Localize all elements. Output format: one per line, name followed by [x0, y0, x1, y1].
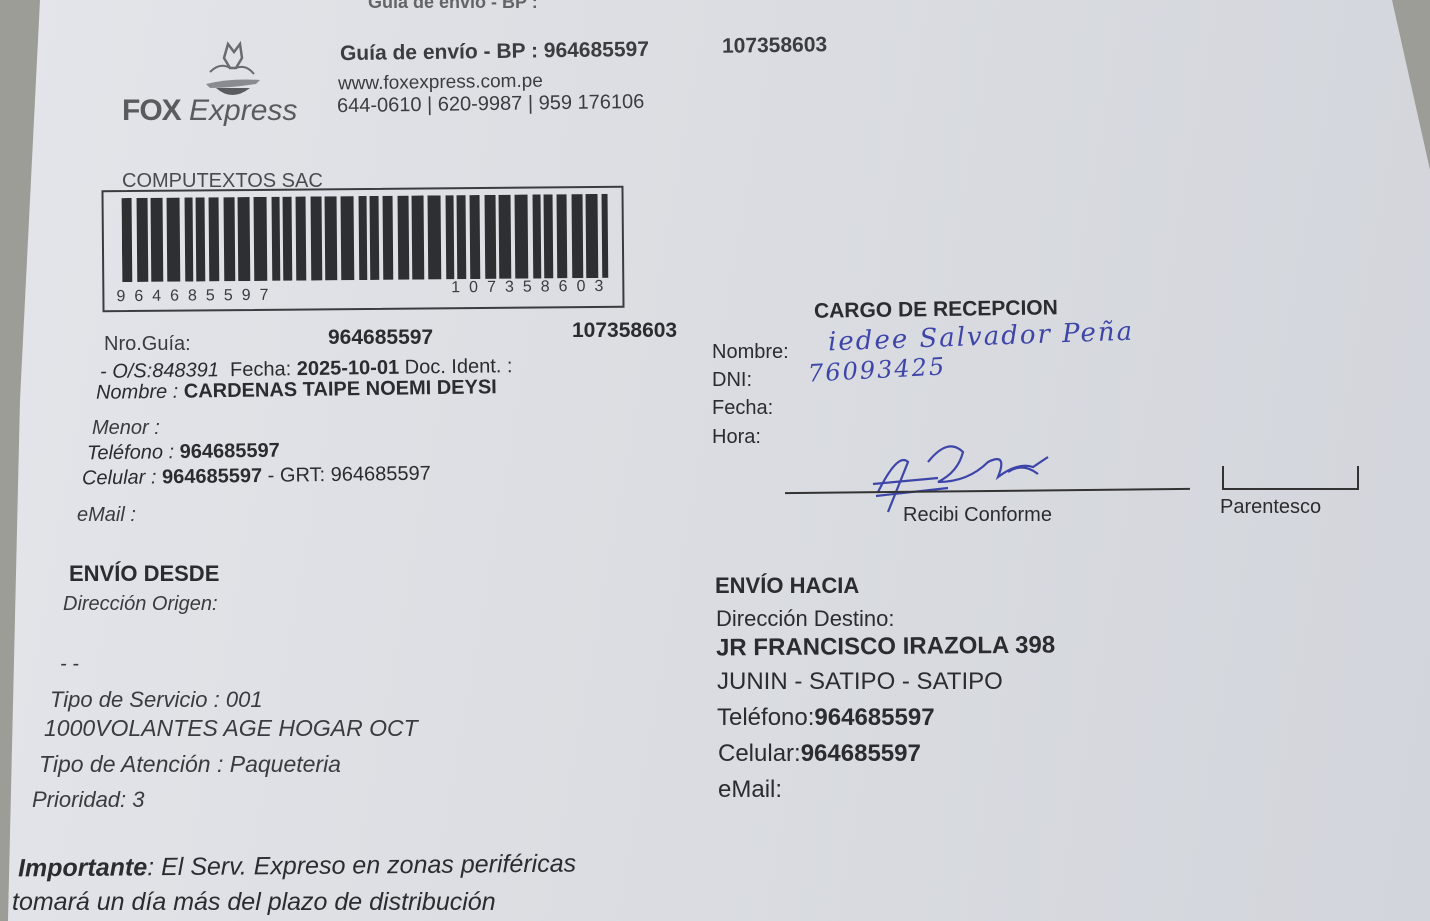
fox-icon — [180, 38, 270, 100]
direccion-origen-value: - - — [60, 653, 79, 676]
recibi-conforme-label: Recibi Conforme — [903, 504, 1052, 527]
destino-email-label: eMail: — [718, 776, 782, 804]
destino-ubicacion: JUNIN - SATIPO - SATIPO — [717, 668, 1003, 696]
recepcion-fecha-label: Fecha: — [712, 397, 773, 420]
guide-reference: 107358603 — [722, 33, 827, 58]
direccion-destino-value: JR FRANCISCO IRAZOLA 398 — [716, 632, 1055, 663]
guide-title: Guía de envío - BP : 964685597 — [340, 38, 649, 66]
prioridad: Prioridad: 3 — [32, 787, 145, 813]
barcode-digits-left: 964685597 — [116, 287, 277, 306]
servicio-descripcion: 1000VOLANTES AGE HOGAR OCT — [44, 715, 418, 742]
tipo-servicio: Tipo de Servicio : 001 — [50, 687, 263, 713]
menor-label: Menor : — [92, 417, 160, 440]
nro-guia-label: Nro.Guía: — [104, 333, 191, 356]
nro-guia-value: 964685597 — [328, 326, 433, 350]
fox-express-logo: FOX Express — [118, 38, 318, 133]
recepcion-nombre-label: Nombre: — [712, 341, 789, 364]
parentesco-field — [1222, 466, 1359, 490]
recepcion-dni-label: DNI: — [712, 369, 752, 392]
destino-telefono-line: Teléfono:964685597 — [717, 704, 935, 732]
celular-line: Celular : 964685597 - GRT: 964685597 — [82, 463, 431, 491]
nombre-line: Nombre : CARDENAS TAIPE NOEMI DEYSI — [96, 376, 497, 405]
tipo-atencion: Tipo de Atención : Paqueteria — [39, 751, 341, 778]
destino-celular-line: Celular:964685597 — [718, 740, 921, 768]
recepcion-hora-label: Hora: — [712, 426, 761, 449]
nota-importante: Importante: El Serv. Expreso en zonas pe… — [18, 850, 576, 884]
fecha-value: 2025-10-01 — [297, 357, 400, 380]
recepcion-dni-handwritten: 76093425 — [807, 352, 946, 387]
celular-value: 964685597 — [162, 465, 262, 488]
barcode-digits-right: 107358603 — [451, 278, 612, 297]
company-phones: 644-0610 | 620-9987 | 959 176106 — [337, 91, 645, 118]
envio-hacia-title: ENVÍO HACIA — [715, 573, 859, 599]
direccion-origen-label: Dirección Origen: — [63, 593, 218, 616]
envio-desde-title: ENVÍO DESDE — [69, 561, 219, 587]
direccion-destino-label: Dirección Destino: — [716, 606, 895, 632]
nota-label: Importante — [18, 853, 147, 882]
nota-line-2: tomará un día más del plazo de distribuc… — [12, 888, 496, 917]
nombre-value: CARDENAS TAIPE NOEMI DEYSI — [184, 376, 497, 402]
shipping-guide-paper: Guía de envío - BP : FOX Express Guía de… — [0, 0, 1430, 921]
barcode: 964685597 107358603 — [101, 186, 624, 313]
telefono-line: Teléfono : 964685597 — [87, 440, 280, 466]
parentesco-label: Parentesco — [1220, 496, 1321, 519]
destino-telefono-value: 964685597 — [814, 704, 934, 731]
brand-name: FOX Express — [122, 94, 297, 128]
email-label: eMail : — [77, 504, 136, 527]
barcode-bars — [122, 194, 609, 282]
ghost-header-text: Guía de envío - BP : — [368, 0, 538, 13]
destino-celular-value: 964685597 — [801, 740, 921, 767]
telefono-value: 964685597 — [180, 440, 280, 463]
nro-guia-ref: 107358603 — [572, 319, 677, 343]
